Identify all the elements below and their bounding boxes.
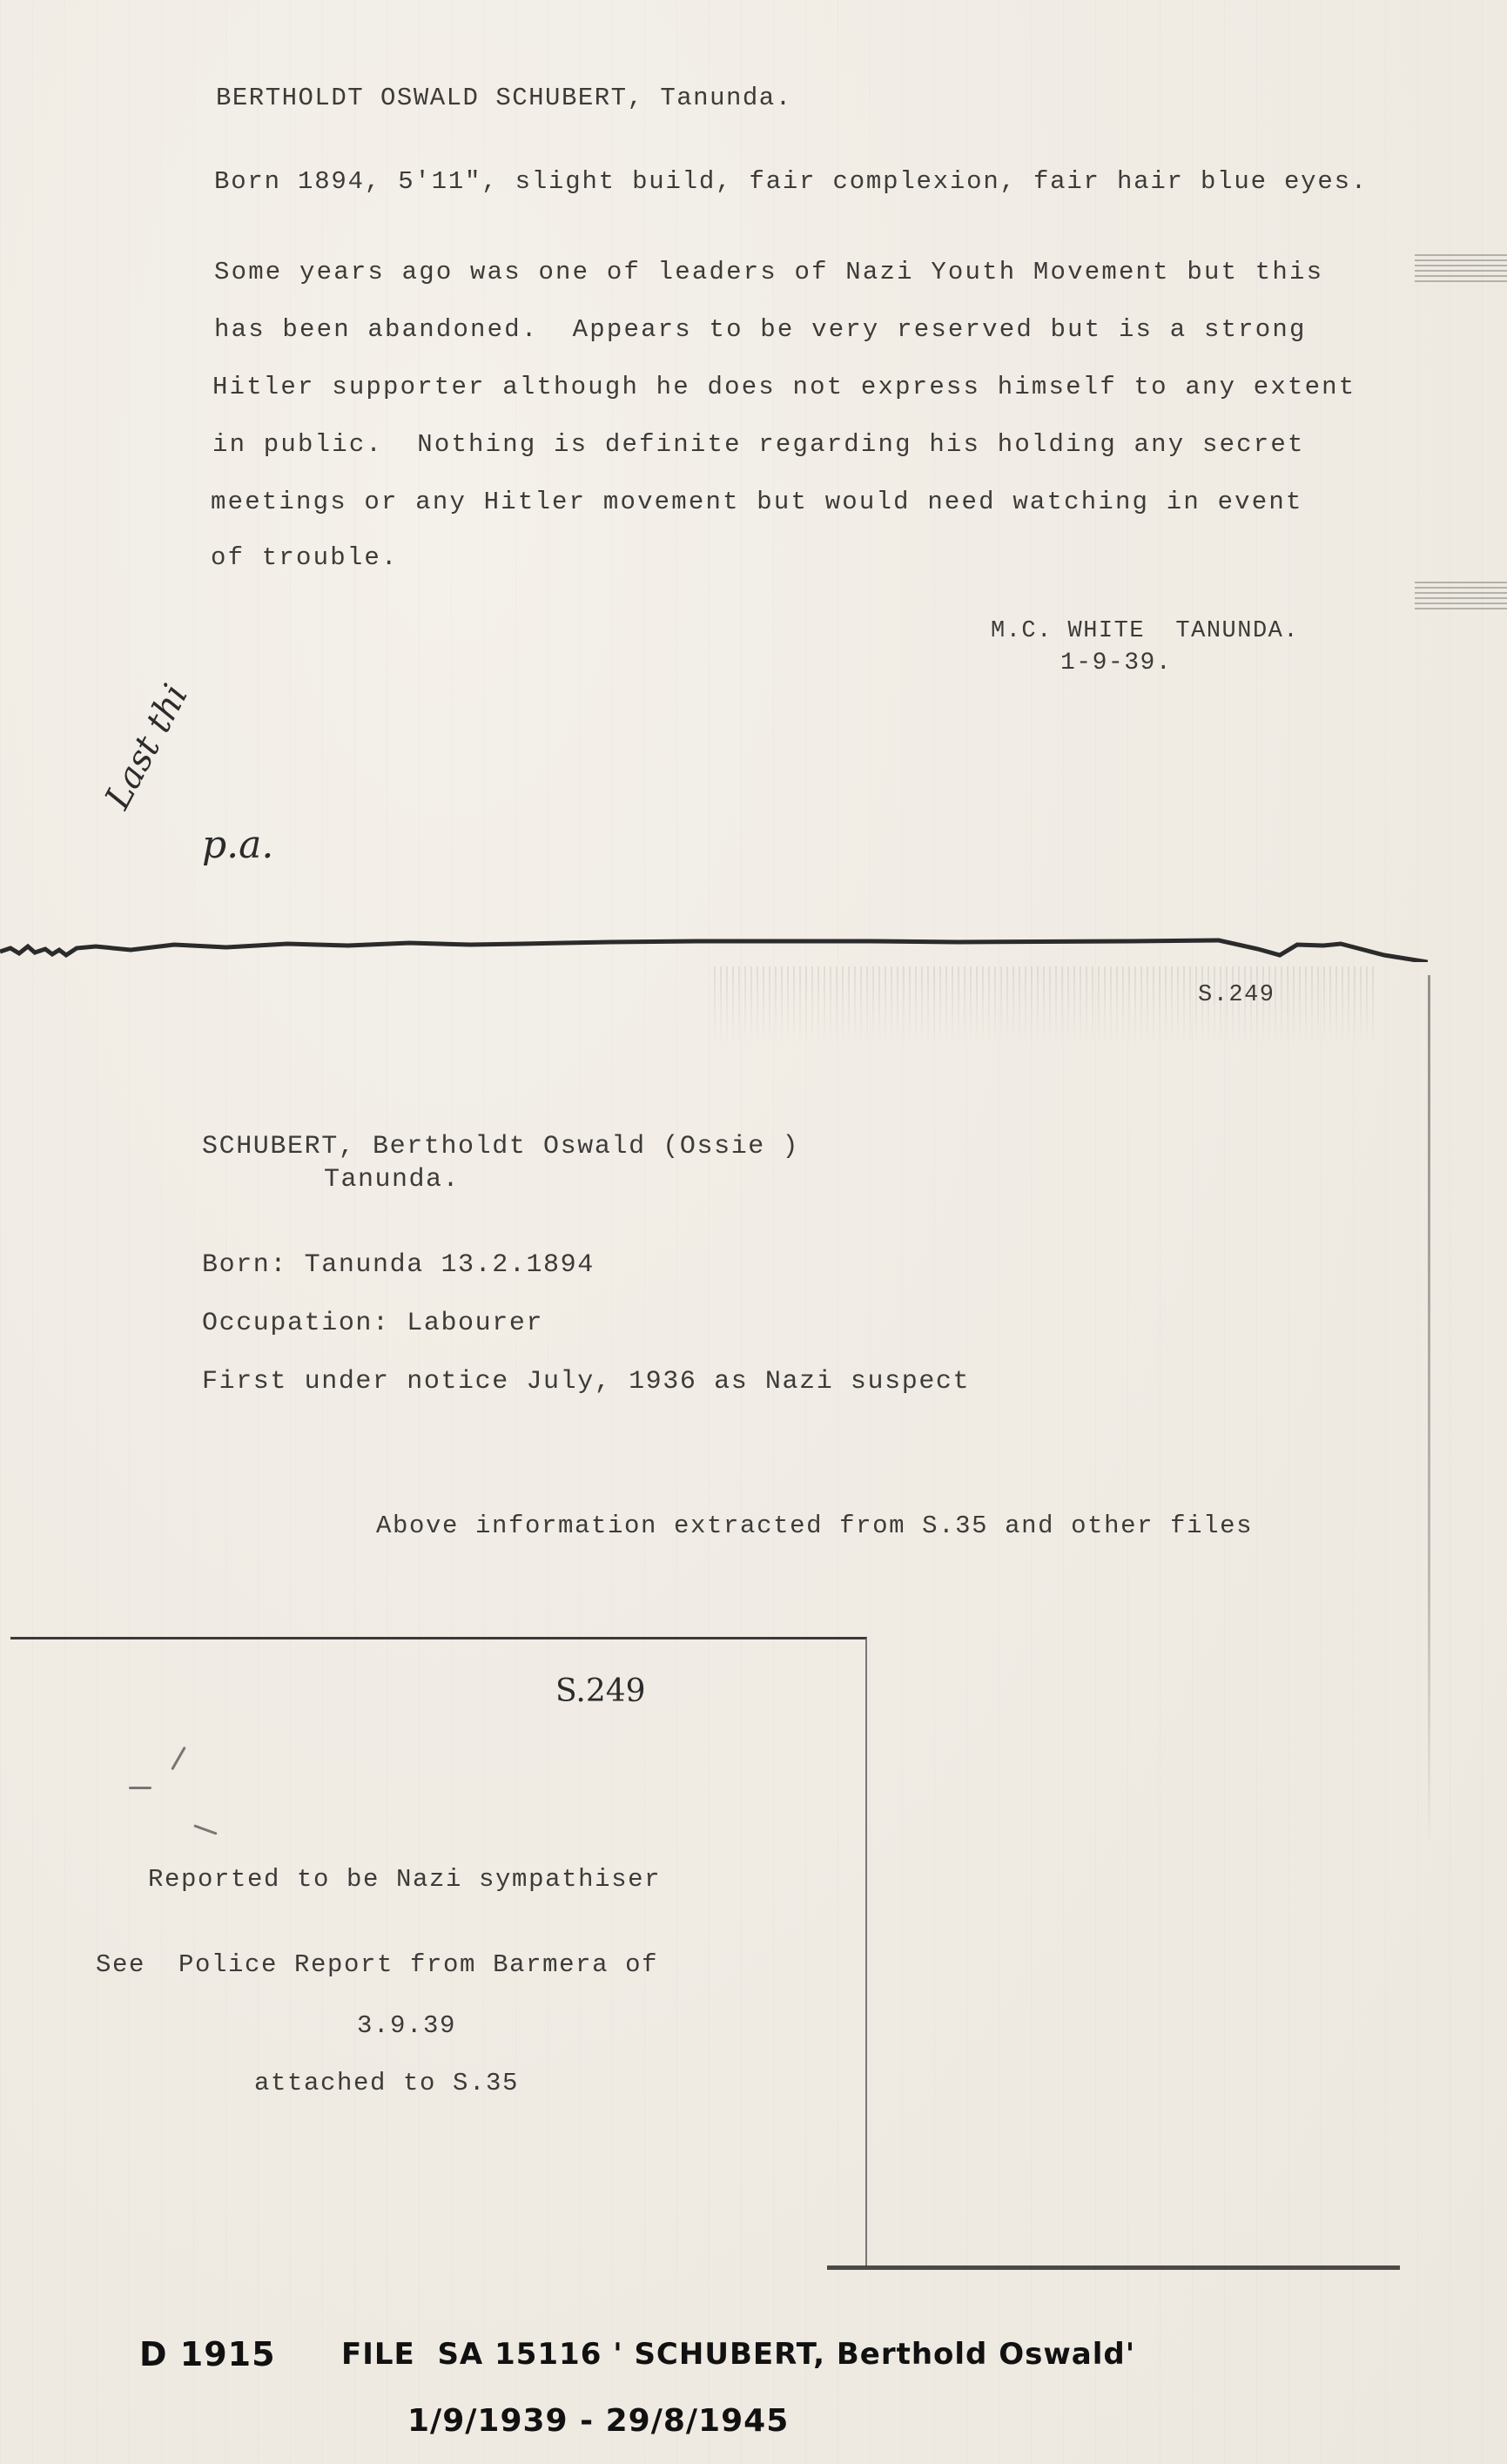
report-body-line: Hitler supporter although he does not ex… [212,373,1356,401]
bleed-through-mark [1415,582,1507,612]
handwritten-initials: p.a. [202,823,273,867]
card-born: Born: Tanunda 13.2.1894 [202,1250,595,1280]
report-heading: BERTHOLDT OSWALD SCHUBERT, Tanunda. [216,84,792,112]
report-body-line: in public. Nothing is definite regarding… [212,430,1305,459]
card-first-notice: First under notice July, 1936 as Nazi su… [202,1367,970,1397]
card-two-line: 3.9.39 [357,2011,456,2040]
card-two-line: See Police Report from Barmera of [96,1950,658,1979]
report-body-line: of trouble. [211,543,399,572]
archive-series: D 1915 [139,2335,276,2373]
report-body-line: Some years ago was one of leaders of Naz… [214,258,1323,286]
card-two-line: Reported to be Nazi sympathiser [148,1865,661,1894]
pen-mark [129,1787,151,1789]
report-date: 1-9-39. [1060,650,1172,677]
card-occupation: Occupation: Labourer [202,1309,543,1338]
torn-card-edge [0,936,1428,962]
card-name-line: SCHUBERT, Bertholdt Oswald (Ossie ) [202,1132,799,1161]
report-body-line: meetings or any Hitler movement but woul… [211,488,1303,516]
bleed-through-mark [1415,254,1507,285]
card-edge [1428,975,1430,1846]
card-bottom-edge [827,2265,1400,2270]
handwritten-note: Last thi [98,678,196,816]
card-two-file-ref: S.249 [555,1673,646,1709]
card-file-ref: S.249 [1198,982,1275,1008]
report-body-line: has been abandoned. Appears to be very r… [214,315,1307,344]
archive-file-title: FILE SA 15116 ' SCHUBERT, Berthold Oswal… [341,2337,1135,2372]
report-signature: M.C. WHITE TANUNDA. [991,618,1299,644]
card-two-line: attached to S.35 [254,2069,519,2097]
card-town: Tanunda. [324,1165,460,1195]
card-source-note: Above information extracted from S.35 an… [376,1511,1253,1540]
card-shadow [714,966,1376,1045]
archive-date-range: 1/9/1939 - 29/8/1945 [407,2403,789,2439]
report-description: Born 1894, 5'11", slight build, fair com… [214,167,1368,196]
